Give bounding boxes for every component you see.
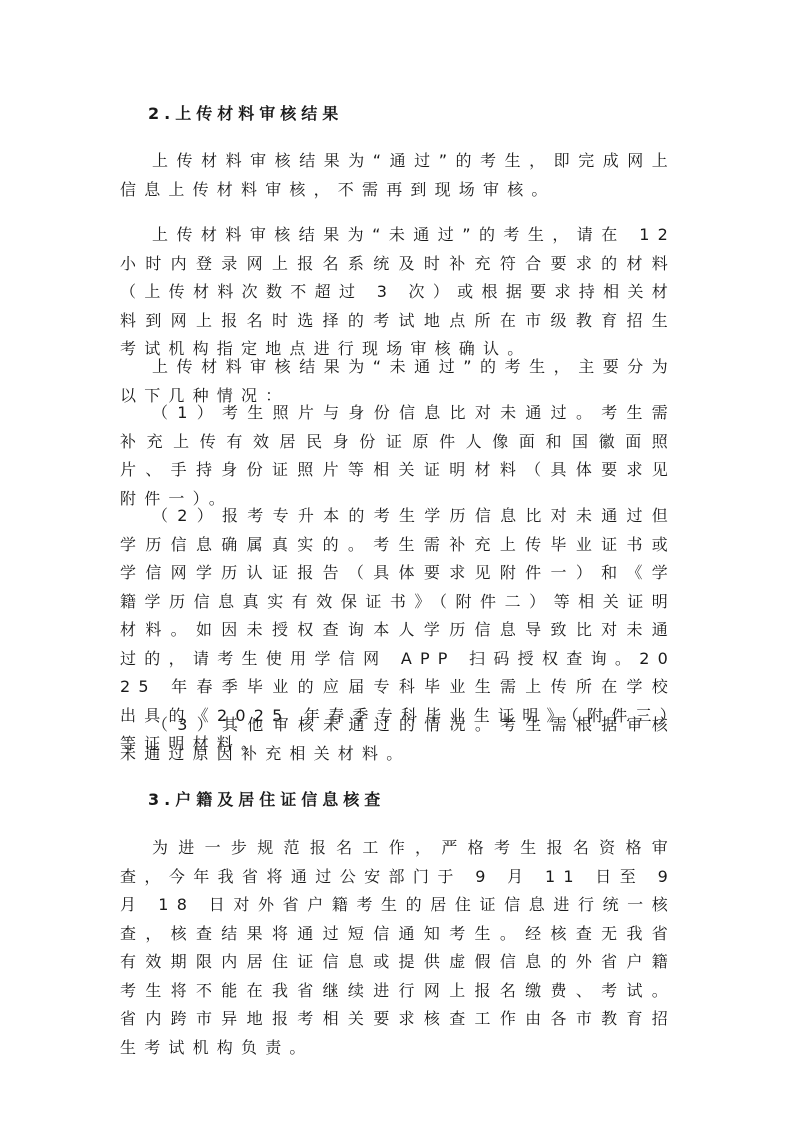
paragraph-failed-result: 上传材料审核结果为“未通过”的考生，请在 12 小时内登录网上报名系统及时补充符… [120, 221, 676, 364]
section-heading-upload-review: 2.上传材料审核结果 [120, 100, 343, 128]
paragraph-passed-result: 上传材料审核结果为“通过”的考生，即完成网上信息上传材料审核，不需再到现场审核。 [120, 147, 676, 204]
paragraph-case-1: （1）考生照片与身份信息比对未通过。考生需补充上传有效居民身份证原件人像面和国徽… [120, 399, 676, 513]
paragraph-case-3: （3）其他审核未通过的情况。考生需根据审核未通过原因补充相关材料。 [120, 711, 676, 768]
paragraph-residence-check: 为进一步规范报名工作，严格考生报名资格审查，今年我省将通过公安部门于 9 月 1… [120, 834, 676, 1062]
section-heading-residence-check: 3.户籍及居住证信息核查 [120, 786, 385, 814]
